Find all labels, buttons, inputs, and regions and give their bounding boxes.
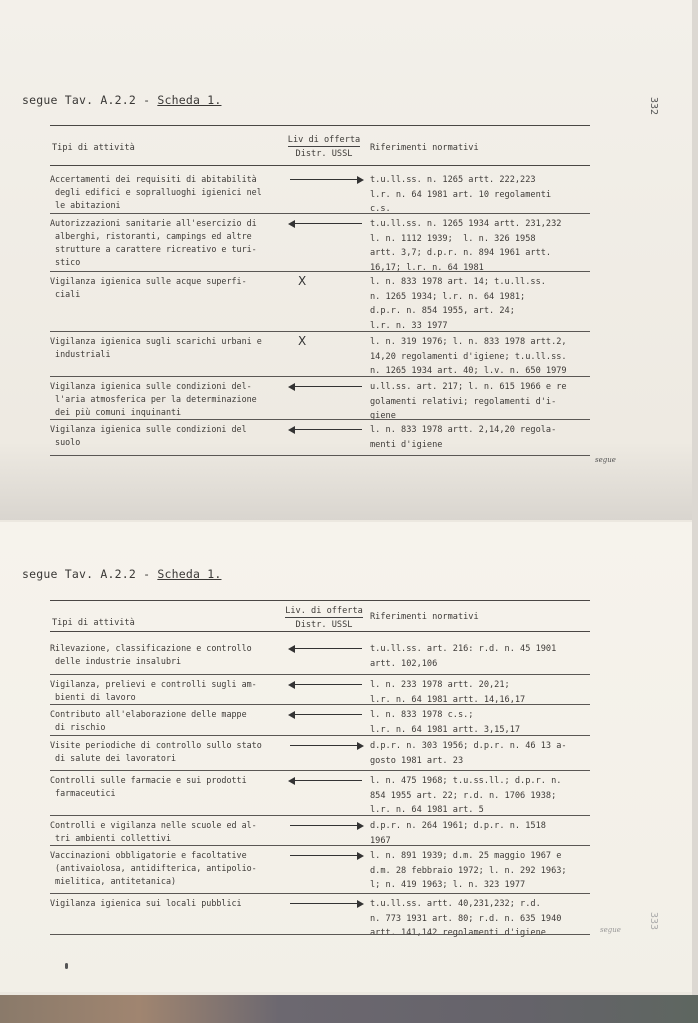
table-rule: [50, 455, 590, 456]
table-rule: [50, 770, 590, 771]
header-level-title: Liv di offerta: [288, 135, 360, 147]
header-activity: Tipi di attività: [52, 143, 135, 153]
header-level: Liv. di offerta Distr. USSL: [278, 606, 370, 630]
right-arrow-icon: [290, 897, 362, 910]
x-mark-icon: X: [298, 334, 306, 348]
right-arrow-icon: [290, 855, 362, 856]
right-arrow-icon: [290, 739, 362, 752]
activity-cell: Vigilanza igienica sui locali pubblici: [50, 897, 282, 910]
x-mark-icon: X: [290, 335, 362, 348]
table-rule: [50, 600, 590, 601]
right-arrow-icon: [290, 903, 362, 904]
table-rule: [50, 376, 590, 377]
table-rule: [50, 213, 590, 214]
header-references: Riferimenti normativi: [370, 612, 479, 622]
table-rule: [50, 845, 590, 846]
title-scheda: Scheda 1.: [157, 567, 221, 581]
activity-table-bottom: Tipi di attività Liv. di offerta Distr. …: [50, 600, 590, 940]
activity-cell: Vigilanza, prelievi e controlli sugli am…: [50, 678, 282, 704]
left-arrow-icon: [290, 423, 362, 436]
table-rule: [50, 815, 590, 816]
table-rule: [50, 165, 590, 166]
table-rule: [50, 419, 590, 420]
table-rule: [50, 125, 590, 126]
table-rule: [50, 704, 590, 705]
header-level-sub: Distr. USSL: [278, 620, 370, 630]
title-scheda: Scheda 1.: [157, 93, 221, 107]
activity-cell: Vigilanza igienica sulle condizioni del …: [50, 423, 282, 449]
table-rule: [50, 893, 590, 894]
left-arrow-icon: [290, 223, 362, 224]
table-rule: [50, 271, 590, 272]
table-rule: [50, 631, 590, 632]
background-surface: [0, 995, 698, 1023]
page-number: 332: [648, 97, 659, 115]
ink-speck: [65, 963, 68, 969]
left-arrow-icon: [290, 380, 362, 393]
references-cell: d.p.r. n. 303 1956; d.p.r. n. 46 13 a- g…: [370, 739, 600, 768]
left-arrow-icon: [290, 648, 362, 649]
references-cell: l. n. 475 1968; t.u.ss.ll.; d.p.r. n. 85…: [370, 774, 600, 818]
activity-cell: Controlli e vigilanza nelle scuole ed al…: [50, 819, 282, 845]
activity-cell: Vigilanza igienica sugli scarichi urbani…: [50, 335, 282, 361]
references-cell: l. n. 233 1978 artt. 20,21; l.r. n. 64 1…: [370, 678, 600, 707]
references-cell: t.u.ll.ss. n. 1265 artt. 222,223 l.r. n.…: [370, 173, 600, 217]
references-cell: t.u.ll.ss. art. 216: r.d. n. 45 1901 art…: [370, 642, 600, 671]
references-cell: l. n. 891 1939; d.m. 25 maggio 1967 e d.…: [370, 849, 600, 893]
header-references: Riferimenti normativi: [370, 143, 479, 153]
right-arrow-icon: [290, 819, 362, 832]
right-arrow-icon: [290, 849, 362, 862]
left-arrow-icon: [290, 386, 362, 387]
left-arrow-icon: [290, 714, 362, 715]
activity-cell: Vaccinazioni obbligatorie e facoltative …: [50, 849, 282, 888]
left-arrow-icon: [290, 642, 362, 655]
right-arrow-icon: [290, 825, 362, 826]
right-arrow-icon: [290, 179, 362, 180]
references-cell: t.u.ll.ss. n. 1265 1934 artt. 231,232 l.…: [370, 217, 600, 275]
x-mark-icon: X: [298, 274, 306, 288]
activity-cell: Autorizzazioni sanitarie all'esercizio d…: [50, 217, 282, 269]
activity-cell: Controlli sulle farmacie e sui prodotti …: [50, 774, 282, 800]
header-level-sub: Distr. USSL: [278, 149, 370, 159]
activity-table-top: Tipi di attività Liv di offerta Distr. U…: [50, 125, 590, 460]
activity-cell: Vigilanza igienica sulle acque superfi- …: [50, 275, 282, 301]
references-cell: l. n. 833 1978 art. 14; t.u.ll.ss. n. 12…: [370, 275, 600, 333]
right-arrow-icon: [290, 745, 362, 746]
left-arrow-icon: [290, 708, 362, 721]
header-level: Liv di offerta Distr. USSL: [278, 135, 370, 159]
left-arrow-icon: [290, 217, 362, 230]
references-cell: l. n. 833 1978 c.s.; l.r. n. 64 1981 art…: [370, 708, 600, 737]
header-activity: Tipi di attività: [52, 618, 135, 628]
left-arrow-icon: [290, 429, 362, 430]
table-title: segue Tav. A.2.2 - Scheda 1.: [22, 93, 221, 107]
left-arrow-icon: [290, 678, 362, 691]
references-cell: l. n. 833 1978 artt. 2,14,20 regola- men…: [370, 423, 600, 452]
left-arrow-icon: [290, 774, 362, 787]
table-rule: [50, 331, 590, 332]
references-cell: d.p.r. n. 264 1961; d.p.r. n. 1518 1967: [370, 819, 600, 848]
activity-cell: Accertamenti dei requisiti di abitabilit…: [50, 173, 282, 212]
left-arrow-icon: [290, 684, 362, 685]
title-prefix: segue Tav. A.2.2 -: [22, 93, 157, 107]
references-cell: u.ll.ss. art. 217; l. n. 615 1966 e re g…: [370, 380, 600, 424]
x-mark-icon: X: [290, 275, 362, 288]
left-arrow-icon: [290, 780, 362, 781]
continued-label: segue: [600, 926, 621, 934]
right-arrow-icon: [290, 173, 362, 186]
activity-cell: Rilevazione, classificazione e controllo…: [50, 642, 282, 668]
activity-cell: Visite periodiche di controllo sullo sta…: [50, 739, 282, 765]
activity-cell: Vigilanza igienica sulle condizioni del-…: [50, 380, 282, 419]
continued-label: segue: [595, 456, 616, 464]
table-rule: [50, 735, 590, 736]
activity-cell: Contributo all'elaborazione delle mappe …: [50, 708, 282, 734]
page-number: 333: [648, 912, 659, 930]
title-prefix: segue Tav. A.2.2 -: [22, 567, 157, 581]
header-level-title: Liv. di offerta: [285, 606, 363, 618]
table-title: segue Tav. A.2.2 - Scheda 1.: [22, 567, 221, 581]
table-rule: [50, 674, 590, 675]
references-cell: l. n. 319 1976; l. n. 833 1978 artt.2, 1…: [370, 335, 600, 379]
page-edge: [692, 0, 698, 995]
table-rule: [50, 934, 590, 935]
